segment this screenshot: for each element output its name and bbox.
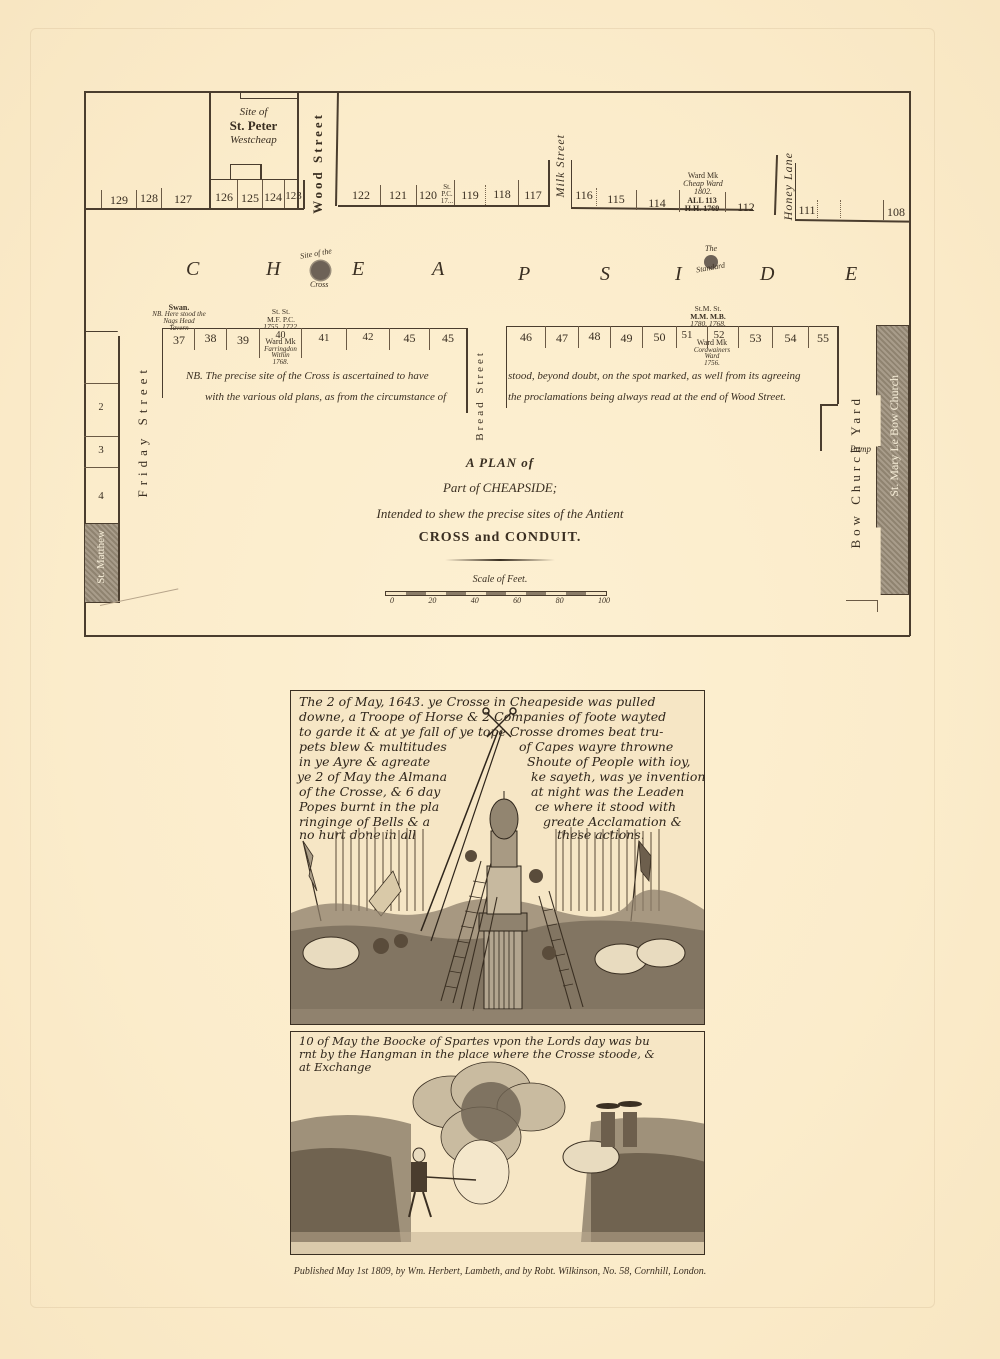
plot-48: 48	[579, 329, 610, 344]
note-line2-left: with the various old plans, as from the …	[205, 391, 446, 403]
ward52-line4: 1756.	[682, 360, 742, 367]
pc-annotation: St. P.C. 17...	[440, 184, 454, 205]
frame-bottom	[84, 635, 910, 637]
divider	[846, 600, 878, 601]
note-line2-right: the proclamations being always read at t…	[508, 391, 786, 403]
plot-50: 50	[643, 330, 676, 345]
dotted-divider	[840, 200, 841, 218]
all-hh-line2: H.H. 1769	[680, 205, 724, 213]
pump-label: Pump	[850, 444, 871, 454]
plot-128: 128	[137, 191, 161, 206]
frame-top	[84, 91, 910, 93]
scale-label: Scale of Feet.	[0, 574, 1000, 585]
bread-street-edge-left	[466, 328, 468, 413]
scale-tick: 0	[390, 596, 394, 605]
bow-church-yard-label: Bow Church Yard	[848, 395, 864, 549]
cheapside-letter: P	[518, 263, 530, 286]
plan-title-line4: CROSS and CONDUIT.	[0, 530, 1000, 546]
church-inner	[240, 98, 298, 99]
south-block-step-edge	[820, 404, 822, 451]
plot-39: 39	[227, 333, 259, 348]
publisher-imprint: Published May 1st 1809, by Wm. Herbert, …	[0, 1266, 1000, 1277]
cross-demolition-illustration	[291, 691, 705, 1025]
plot-2: 2	[93, 402, 109, 413]
plot-114: 114	[638, 196, 676, 211]
plot-120: 120	[416, 188, 440, 203]
north-frontage-left	[84, 208, 304, 210]
dotted-divider	[817, 200, 818, 218]
plot-47: 47	[546, 331, 578, 346]
divider	[303, 180, 305, 209]
church-site-line2: St. Peter	[209, 118, 298, 134]
church-porch-top	[230, 164, 260, 165]
mm-mb-line3: 1780. 1768.	[680, 320, 736, 328]
ward-mark-cheap: Ward Mk Cheap Ward 1802.	[678, 172, 728, 196]
south-block-step	[820, 404, 838, 406]
note-line1-right: stood, beyond doubt, on the spot marked,…	[508, 370, 801, 382]
plot-49: 49	[611, 331, 642, 346]
plot-111: 111	[797, 203, 817, 218]
scale-tick: 100	[598, 596, 610, 605]
church-site-line1: Site of	[209, 106, 298, 118]
plot-37: 37	[164, 333, 194, 348]
divider	[877, 600, 878, 612]
cheapside-letter: C	[186, 258, 199, 281]
church-inner-edge	[240, 91, 241, 99]
divider	[101, 190, 102, 208]
church-porch-left	[230, 164, 231, 179]
plot-122: 122	[343, 188, 379, 203]
wood-street-edge	[335, 91, 339, 206]
frame-right	[909, 91, 911, 636]
engraving-book-burning: 10 of May the Boocke of Spartes vpon the…	[290, 1031, 705, 1255]
plot-125: 125	[238, 191, 262, 206]
divider	[84, 436, 118, 437]
map-plan: Site of St. Peter Westcheap 129 128 127 …	[0, 0, 1000, 660]
plot-127: 127	[165, 192, 201, 207]
plot-42: 42	[347, 331, 389, 343]
scale-tick: 20	[428, 596, 436, 605]
ward40-line4: 1768.	[258, 359, 303, 366]
note-line1-left: NB. The precise site of the Cross is asc…	[186, 370, 429, 382]
engraving-cross-demolition: The 2 of May, 1643. ye Crosse in Cheapes…	[290, 690, 705, 1025]
plot-116: 116	[573, 188, 595, 203]
plot-124: 124	[262, 190, 284, 205]
church-site-label: Site of St. Peter Westcheap	[209, 106, 298, 146]
cheapside-letter: D	[760, 263, 774, 286]
standard-label-above: The	[705, 244, 717, 253]
plot-108: 108	[884, 205, 908, 220]
plan-title-line1: A PLAN of	[0, 455, 1000, 471]
ward-mark-cordwainers: Ward Mk Cordwainers Ward 1756.	[682, 340, 742, 366]
divider	[161, 188, 162, 208]
divider	[636, 190, 637, 210]
pc-line3: 17...	[440, 198, 454, 205]
honey-lane-edge-right	[795, 163, 796, 219]
plot-112: 112	[728, 200, 764, 215]
plot-46: 46	[507, 330, 545, 345]
book-burning-illustration	[291, 1032, 705, 1255]
milk-street-edge-left	[548, 160, 550, 206]
bread-street-label: Bread Street	[474, 350, 486, 441]
title-rule	[445, 559, 555, 561]
church-site-line3: Westcheap	[209, 134, 298, 146]
scale-tick: 40	[471, 596, 479, 605]
plot-121: 121	[381, 188, 415, 203]
plot-54: 54	[773, 331, 808, 346]
cheapside-letter: A	[432, 258, 444, 281]
plot-117: 117	[519, 188, 547, 203]
cross-site-marker-icon	[311, 261, 330, 280]
church-porch-right	[260, 164, 262, 179]
scale-ticks: 0 20 40 60 80 100	[390, 596, 610, 605]
plot-41: 41	[302, 332, 346, 344]
plot-123: 123	[284, 190, 303, 202]
plot-115: 115	[598, 192, 634, 207]
south-frontage-left	[162, 328, 467, 329]
milk-street-edge-right	[571, 160, 572, 208]
plot-55: 55	[809, 331, 837, 346]
plot-119: 119	[456, 188, 484, 203]
mm-mb-annotation: St.M. St. M.M. M.B. 1780. 1768.	[680, 305, 736, 328]
plot-118: 118	[486, 187, 518, 202]
wood-street-label: Wood Street	[310, 112, 326, 214]
ward-mark-line3: 1802.	[678, 188, 728, 196]
scale-tick: 80	[556, 596, 564, 605]
friday-street-label: Friday Street	[135, 365, 151, 498]
cross-site-label-below: Cross	[310, 280, 328, 289]
st-mary-le-bow-label: St. Mary Le Bow Church	[887, 375, 902, 497]
divider	[84, 383, 118, 384]
honey-lane-label: Honey Lane	[781, 152, 796, 220]
all-hallows-annotation: ALL 113 H.H. 1769	[680, 197, 724, 213]
scale-tick: 60	[513, 596, 521, 605]
standard-label-below: Standard	[695, 261, 725, 275]
cross-site-label-above: Site of the	[299, 246, 332, 260]
plot-45a: 45	[390, 331, 429, 346]
south-block-right-edge	[837, 326, 839, 404]
print-sheet: Site of St. Peter Westcheap 129 128 127 …	[0, 0, 1000, 1359]
plot-38: 38	[195, 331, 226, 346]
milk-street-label: Milk Street	[553, 134, 568, 198]
plan-title-line2: Part of CHEAPSIDE;	[0, 480, 1000, 496]
friday-block-top	[84, 331, 118, 332]
plot-45b: 45	[430, 331, 466, 346]
north-frontage-mid	[338, 205, 550, 207]
honey-lane-edge-left	[774, 155, 778, 215]
cheapside-letter: E	[845, 263, 857, 286]
cheapside-letter: I	[675, 263, 682, 286]
cheapside-letter: H	[266, 258, 280, 281]
south-frontage-right	[506, 326, 838, 327]
plot-53: 53	[739, 331, 772, 346]
ward-mark-farringdon: Ward Mk Farringdon Within 1768.	[258, 339, 303, 365]
divider	[454, 180, 455, 205]
cheapside-letter: S	[600, 263, 610, 286]
plan-title-line3: Intended to shew the precise sites of th…	[0, 506, 1000, 522]
plot-126: 126	[211, 190, 237, 205]
dotted-divider	[596, 188, 597, 208]
south-block-left-edge	[162, 328, 163, 398]
plot-129: 129	[106, 193, 132, 208]
cheapside-letter: E	[352, 258, 364, 281]
